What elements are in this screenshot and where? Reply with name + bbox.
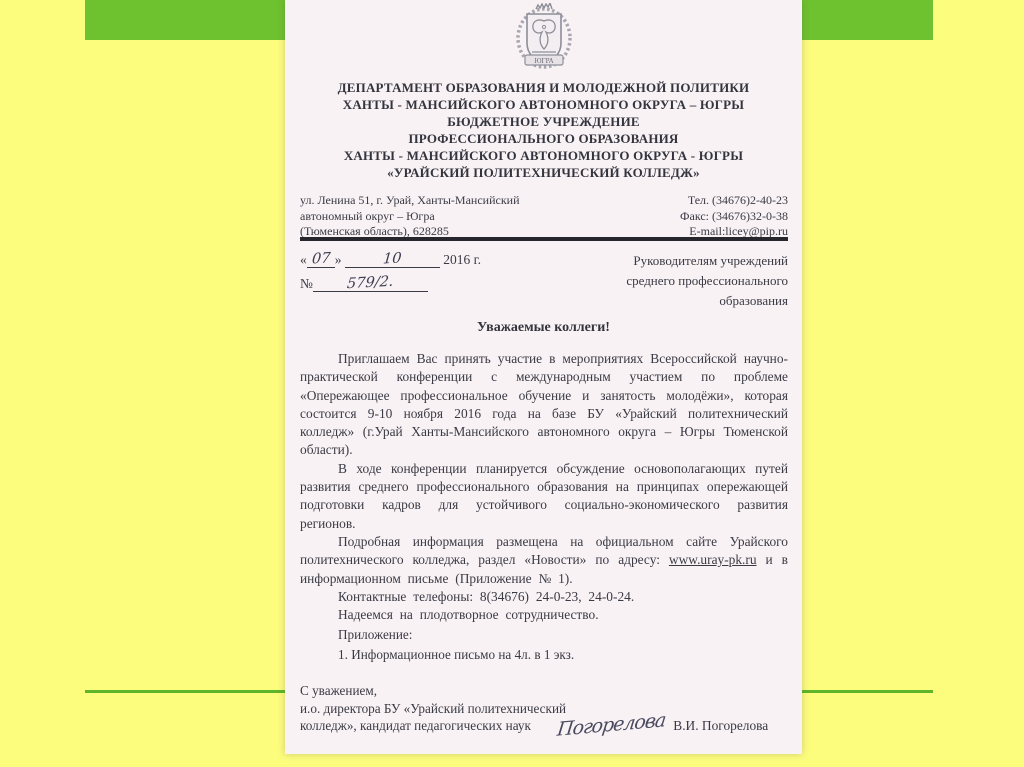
close-quote: » [335,252,342,267]
attachment-block: Приложение: 1. Информационное письмо на … [338,625,788,664]
addressee-line: среднего профессионального [626,271,788,291]
signer-name: В.И. Погорелова [673,717,768,735]
month-blank: 10 [345,251,440,268]
handwritten-month: 10 [382,250,402,267]
fax-line: Факс: (34676)32-0-38 [680,209,788,225]
phone-line: Тел. (34676)2-40-23 [680,193,788,209]
paragraph-conference-topics: В ходе конференции планируется обсуждени… [300,460,788,533]
cooperation-line: Надеемся на плодотворное сотрудничество. [300,606,788,624]
address-line: ул. Ленина 51, г. Урай, Ханты-Мансийский [300,193,520,209]
handwritten-day: 07 [311,250,331,267]
handwritten-number: 579/2. [347,274,395,293]
org-line: ПРОФЕССИОНАЛЬНОГО ОБРАЗОВАНИЯ [285,130,802,147]
salutation: Уважаемые коллеги! [285,320,802,336]
closing-block: С уважением, и.о. директора БУ «Урайский… [300,682,788,735]
year-label: 2016 г. [443,252,481,267]
number-line: №579/2. [300,275,481,299]
number-blank: 579/2. [313,275,428,292]
addressee-block: Руководителям учреждений среднего профес… [626,251,788,311]
org-line: «УРАЙСКИЙ ПОЛИТЕХНИЧЕСКИЙ КОЛЛЕДЖ» [285,164,802,181]
addressee-line: образования [626,291,788,311]
number-label: № [300,276,313,291]
contact-phones-line: Контактные телефоны: 8(34676) 24-0-23, 2… [300,588,788,606]
coat-of-arms-icon: ЮГРА [512,58,576,75]
reference-row: «07» 10 2016 г. №579/2. Руководителям уч… [300,251,788,311]
slide: { "slide": { "bg_color": "#fcfc7d", "acc… [0,0,1024,767]
scanned-letter: ЮГРА ДЕПАРТАМЕНТ ОБРАЗОВАНИЯ И МОЛОДЕЖНО… [285,0,802,754]
phone-email-block: Тел. (34676)2-40-23 Факс: (34676)32-0-38… [680,193,788,240]
org-line: ДЕПАРТАМЕНТ ОБРАЗОВАНИЯ И МОЛОДЕЖНОЙ ПОЛ… [285,79,802,96]
website-url: www.uray-pk.ru [669,552,757,567]
paragraph-info: Подробная информация размещена на официа… [300,533,788,588]
address-line: автономный округ – Югра [300,209,520,225]
date-number-block: «07» 10 2016 г. №579/2. [300,251,481,311]
letter-body: Приглашаем Вас принять участие в меропри… [300,350,788,624]
org-line: БЮДЖЕТНОЕ УЧРЕЖДЕНИЕ [285,113,802,130]
emblem-banner-text: ЮГРА [534,57,553,65]
date-line: «07» 10 2016 г. [300,251,481,275]
paragraph-invitation: Приглашаем Вас принять участие в меропри… [300,350,788,460]
emblem-container: ЮГРА [285,3,802,76]
letterhead-separator-rule [300,237,788,241]
closing-line: С уважением, [300,682,788,700]
handwritten-signature: Погорелова [556,712,666,739]
letterhead-org-block: ДЕПАРТАМЕНТ ОБРАЗОВАНИЯ И МОЛОДЕЖНОЙ ПОЛ… [285,79,802,181]
attachment-item: 1. Информационное письмо на 4л. в 1 экз. [338,645,788,665]
closing-line: колледж», кандидат педагогических наук [300,717,531,735]
org-line: ХАНТЫ - МАНСИЙСКОГО АВТОНОМНОГО ОКРУГА -… [285,147,802,164]
signature-row: колледж», кандидат педагогических наук П… [300,717,788,735]
day-blank: 07 [307,251,335,268]
org-line: ХАНТЫ - МАНСИЙСКОГО АВТОНОМНОГО ОКРУГА –… [285,96,802,113]
open-quote: « [300,252,307,267]
closing-line: и.о. директора БУ «Урайский политехничес… [300,700,788,718]
letterhead-contacts-row: ул. Ленина 51, г. Урай, Ханты-Мансийский… [300,193,788,240]
attachment-title: Приложение: [338,625,788,645]
postal-address: ул. Ленина 51, г. Урай, Ханты-Мансийский… [300,193,520,240]
addressee-line: Руководителям учреждений [626,251,788,271]
